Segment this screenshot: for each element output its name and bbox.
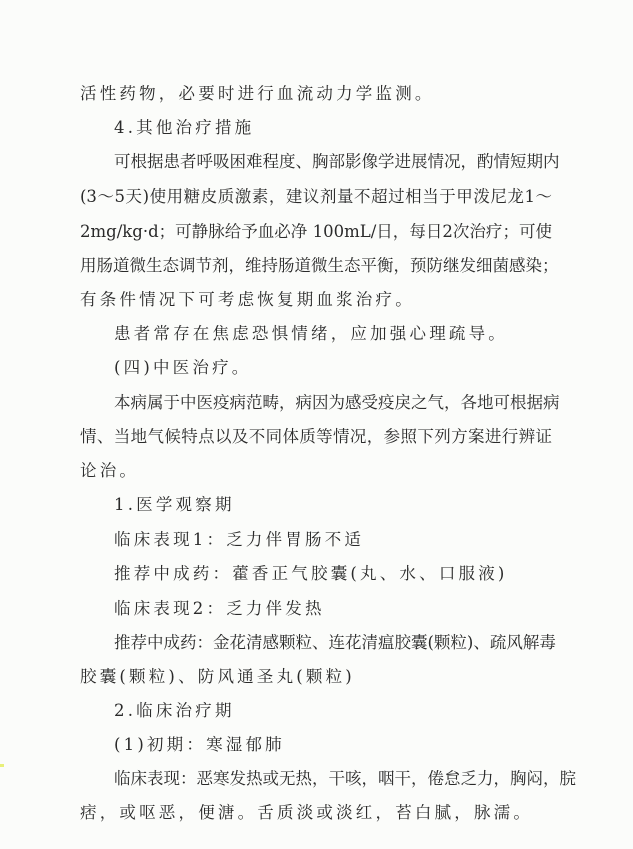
body-text-line: 情、当地气候特点以及不同体质等情况，参照下列方案进行辨证	[80, 427, 552, 447]
scan-edge-mark	[0, 764, 4, 767]
section-heading: 2.临床治疗期	[114, 701, 552, 721]
body-text-line: 2mg/kg·d；可静脉给予血必净 100mL/日，每日2次治疗；可使	[80, 222, 552, 242]
body-text-line: 痞，或呕恶，便溏。舌质淡或淡红，苔白腻，脉濡。	[80, 803, 552, 823]
section-subheading: (1)初期：寒湿郁肺	[114, 735, 552, 755]
body-text-line: 本病属于中医疫病范畴，病因为感受疫戾之气，各地可根据病	[114, 393, 552, 413]
section-heading: 4.其他治疗措施	[114, 118, 552, 138]
body-text-line: 活性药物，必要时进行血流动力学监测。	[80, 84, 552, 104]
body-text-line: 推荐中成药：金花清感颗粒、连花清瘟胶囊(颗粒)、疏风解毒	[114, 633, 552, 653]
body-text-line: 推荐中成药：藿香正气胶囊(丸、水、口服液)	[114, 564, 552, 584]
body-text-line: 患者常存在焦虑恐惧情绪，应加强心理疏导。	[114, 324, 552, 344]
section-heading: (四)中医治疗。	[114, 358, 552, 378]
document-page: 活性药物，必要时进行血流动力学监测。 4.其他治疗措施 可根据患者呼吸困难程度、…	[0, 0, 633, 849]
body-text-line: 有条件情况下可考虑恢复期血浆治疗。	[80, 290, 552, 310]
body-text-line: 临床表现1：乏力伴胃肠不适	[114, 530, 552, 550]
body-text-line: (3～5天)使用糖皮质激素，建议剂量不超过相当于甲泼尼龙1～	[80, 187, 552, 207]
body-text-line: 胶囊(颗粒)、防风通圣丸(颗粒)	[80, 667, 552, 687]
body-text-line: 论治。	[80, 461, 552, 481]
section-heading: 1.医学观察期	[114, 495, 552, 515]
body-text-line: 临床表现2：乏力伴发热	[114, 599, 552, 619]
body-text-line: 临床表现：恶寒发热或无热，干咳，咽干，倦怠乏力，胸闷，脘	[114, 769, 552, 789]
body-text-line: 可根据患者呼吸困难程度、胸部影像学进展情况，酌情短期内	[114, 152, 552, 172]
body-text-line: 用肠道微生态调节剂，维持肠道微生态平衡，预防继发细菌感染；	[80, 256, 552, 276]
